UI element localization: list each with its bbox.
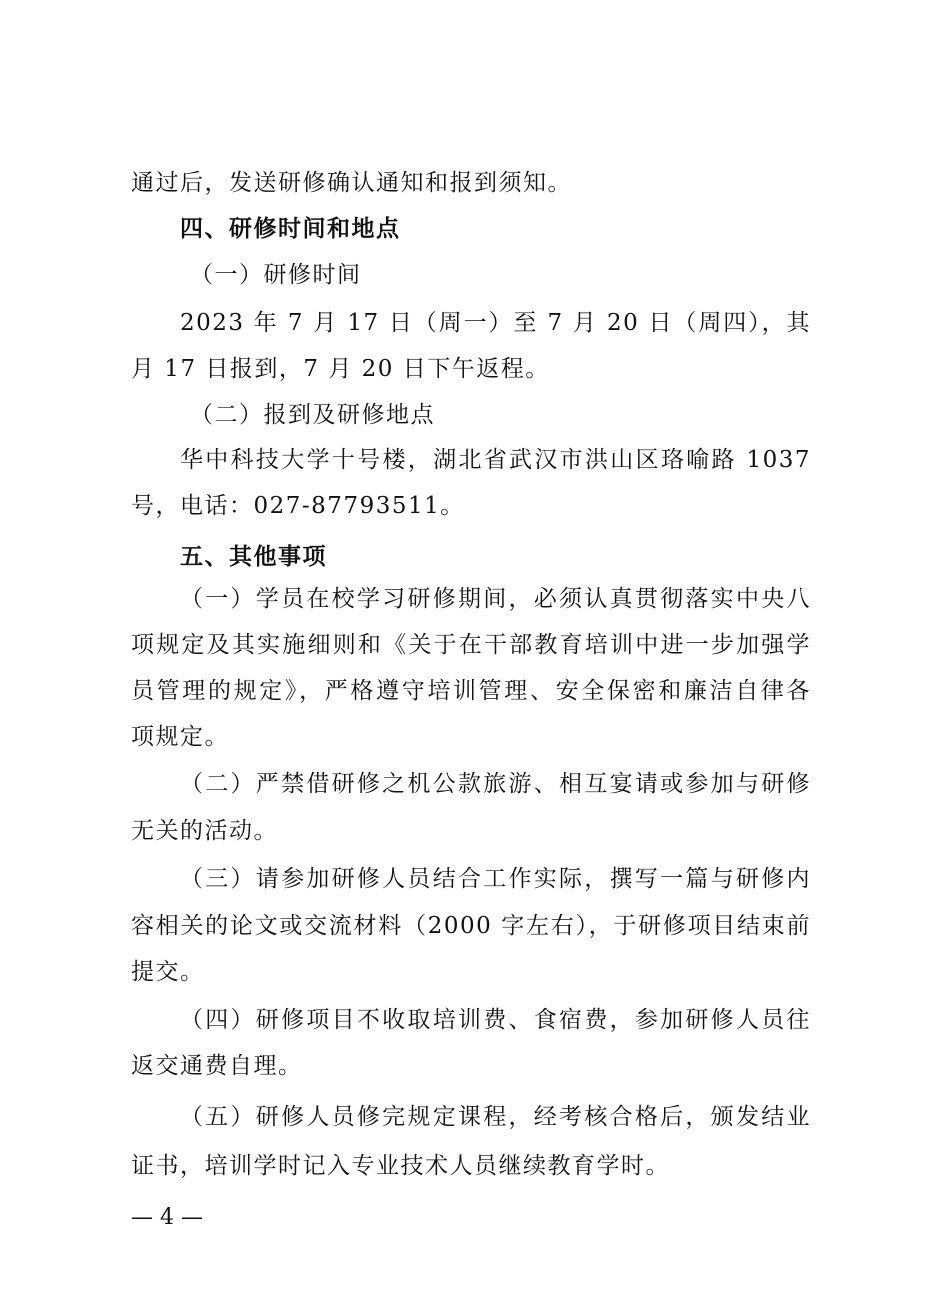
section-heading-time-place: 四、研修时间和地点 [180, 214, 811, 244]
paragraph-line: 月 17 日报到，7 月 20 日下午返程。 [131, 354, 811, 384]
paragraph-line: （五）研修人员修完规定课程，经考核合格后，颁发结业 [180, 1102, 811, 1132]
section-heading-other: 五、其他事项 [180, 542, 811, 572]
paragraph-line: （一）学员在校学习研修期间，必须认真贯彻落实中央八 [180, 584, 811, 614]
paragraph-line: 证书，培训学时记入专业技术人员继续教育学时。 [131, 1151, 811, 1181]
paragraph-line: 通过后，发送研修确认通知和报到须知。 [131, 168, 811, 198]
paragraph-line: 项规定。 [131, 722, 811, 752]
subsection-heading-time: （一）研修时间 [190, 260, 870, 290]
paragraph-line: 2023 年 7 月 17 日（周一）至 7 月 20 日（周四），其中 7 [180, 308, 811, 338]
paragraph-line: 员管理的规定》，严格遵守培训管理、安全保密和廉洁自律各 [131, 676, 811, 706]
subsection-heading-place: （二）报到及研修地点 [190, 400, 870, 430]
paragraph-line: 返交通费自理。 [131, 1051, 811, 1081]
paragraph-line: （二）严禁借研修之机公款旅游、相互宴请或参加与研修 [180, 769, 811, 799]
paragraph-line: 项规定及其实施细则和《关于在干部教育培训中进一步加强学 [131, 630, 811, 660]
paragraph-line: 号，电话：027-87793511。 [131, 491, 811, 521]
paragraph-line: （四）研修项目不收取培训费、食宿费，参加研修人员往 [180, 1005, 811, 1035]
paragraph-line: （三）请参加研修人员结合工作实际，撰写一篇与研修内 [180, 864, 811, 894]
paragraph-line: 华中科技大学十号楼，湖北省武汉市洪山区珞喻路 1037 [180, 445, 811, 475]
paragraph-line: 容相关的论文或交流材料（2000 字左右），于研修项目结束前 [131, 911, 811, 941]
paragraph-line: 无关的活动。 [131, 816, 811, 846]
page-number: — 4 — [131, 1203, 203, 1233]
paragraph-line: 提交。 [131, 957, 811, 987]
